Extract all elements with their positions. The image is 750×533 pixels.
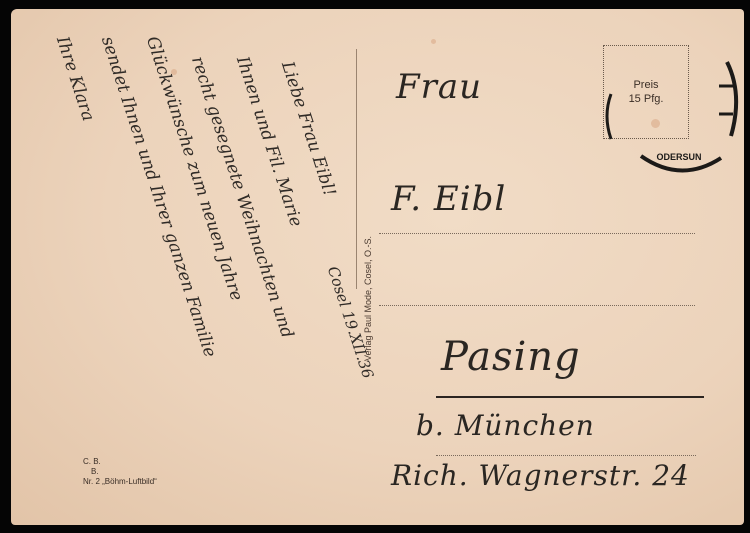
- center-divider: [356, 49, 357, 289]
- series-line: B.: [83, 467, 157, 477]
- svg-text:ODERSUN: ODERSUN: [656, 152, 701, 162]
- series-imprint: C. B. B. Nr. 2 „Böhm-Luftbild“: [83, 457, 157, 487]
- city-underline: [436, 396, 704, 398]
- series-line: C. B.: [83, 457, 157, 467]
- address-name: F. Eibl: [391, 179, 506, 219]
- address-salutation: Frau: [396, 67, 482, 107]
- address-line: [436, 455, 696, 456]
- postcard-back: Ihre Klara sendet Ihnen und Ihrer ganzen…: [11, 9, 744, 525]
- address-city: Pasing: [441, 334, 581, 380]
- address-line: [379, 305, 695, 306]
- message-line: Ihre Klara: [52, 34, 98, 124]
- foxing-spot: [431, 39, 436, 44]
- address-street: Rich. Wagnerstr. 24: [391, 459, 690, 492]
- publisher-imprint: Verlag Paul Mode, Cosel, O.-S.: [363, 236, 373, 361]
- address-region: b. München: [416, 409, 595, 442]
- address-line: [379, 233, 695, 234]
- series-line: Nr. 2 „Böhm-Luftbild“: [83, 477, 157, 487]
- postmark-icon: ODERSUN: [591, 54, 744, 179]
